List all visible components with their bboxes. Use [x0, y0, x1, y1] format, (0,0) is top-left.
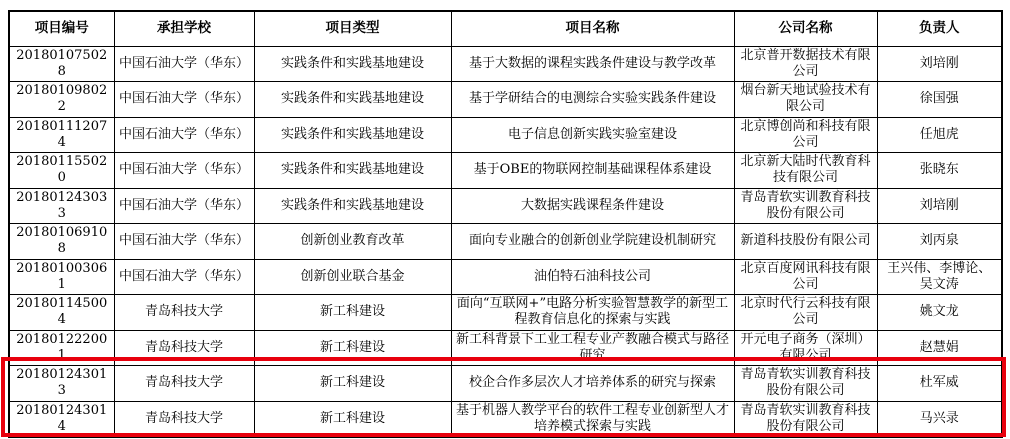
table-row: 201801155020中国石油大学（华东）实践条件和实践基地建设基于OBE的物… — [9, 153, 1002, 189]
cell-name: 基于学研结合的电测综合实验实践条件建设 — [451, 82, 734, 118]
cell-name: 新工科背景下工业工程专业产教融合模式与路径研究 — [451, 330, 734, 366]
cell-id: 201801243014 — [9, 401, 114, 437]
cell-id: 201801243033 — [9, 188, 114, 224]
cell-name: 油伯特石油科技公司 — [451, 259, 734, 295]
header-project-name: 项目名称 — [451, 11, 734, 46]
table-row: 201801243014青岛科技大学新工科建设基于机器人教学平台的软件工程专业创… — [9, 401, 1002, 437]
cell-leader: 刘丙泉 — [877, 224, 1002, 260]
cell-type: 新工科建设 — [254, 401, 451, 437]
table-row: 201801112074中国石油大学（华东）实践条件和实践基地建设电子信息创新实… — [9, 117, 1002, 153]
header-leader: 负责人 — [877, 11, 1002, 46]
cell-name: 大数据实践课程条件建设 — [451, 188, 734, 224]
cell-leader: 徐国强 — [877, 82, 1002, 118]
cell-leader: 姚文龙 — [877, 295, 1002, 331]
cell-company: 青岛青软实训教育科技股份有限公司 — [734, 188, 877, 224]
cell-leader: 杜军威 — [877, 366, 1002, 402]
cell-id: 201801243013 — [9, 366, 114, 402]
cell-id: 201801222001 — [9, 330, 114, 366]
cell-type: 创新创业联合基金 — [254, 259, 451, 295]
table-row: 201801145004青岛科技大学新工科建设面向“互联网+”电路分析实验智慧教… — [9, 295, 1002, 331]
table-body: 201801075028中国石油大学（华东）实践条件和实践基地建设基于大数据的课… — [9, 46, 1002, 437]
cell-company: 开元电子商务（深圳）有限公司 — [734, 330, 877, 366]
cell-school: 中国石油大学（华东） — [114, 153, 254, 189]
cell-id: 201801155020 — [9, 153, 114, 189]
cell-company: 北京普开数据技术有限公司 — [734, 46, 877, 82]
header-project-type: 项目类型 — [254, 11, 451, 46]
cell-school: 青岛科技大学 — [114, 401, 254, 437]
cell-id: 201801098022 — [9, 82, 114, 118]
cell-leader: 张晓东 — [877, 153, 1002, 189]
table-header: 项目编号 承担学校 项目类型 项目名称 公司名称 负责人 — [9, 11, 1002, 46]
header-project-id: 项目编号 — [9, 11, 114, 46]
cell-school: 中国石油大学（华东） — [114, 259, 254, 295]
cell-company: 北京新大陆时代教育科技有限公司 — [734, 153, 877, 189]
cell-id: 201801112074 — [9, 117, 114, 153]
cell-type: 新工科建设 — [254, 366, 451, 402]
cell-school: 中国石油大学（华东） — [114, 117, 254, 153]
cell-name: 基于OBE的物联网控制基础课程体系建设 — [451, 153, 734, 189]
cell-type: 新工科建设 — [254, 330, 451, 366]
table-row: 201801243013青岛科技大学新工科建设校企合作多层次人才培养体系的研究与… — [9, 366, 1002, 402]
cell-id: 201801069108 — [9, 224, 114, 260]
cell-school: 中国石油大学（华东） — [114, 46, 254, 82]
cell-leader: 刘培刚 — [877, 46, 1002, 82]
table-row: 201801003061中国石油大学（华东）创新创业联合基金油伯特石油科技公司北… — [9, 259, 1002, 295]
cell-type: 实践条件和实践基地建设 — [254, 46, 451, 82]
table-row: 201801222001青岛科技大学新工科建设新工科背景下工业工程专业产教融合模… — [9, 330, 1002, 366]
header-row: 项目编号 承担学校 项目类型 项目名称 公司名称 负责人 — [9, 11, 1002, 46]
cell-leader: 任旭虎 — [877, 117, 1002, 153]
cell-type: 实践条件和实践基地建设 — [254, 153, 451, 189]
header-school: 承担学校 — [114, 11, 254, 46]
table-row: 201801243033中国石油大学（华东）实践条件和实践基地建设大数据实践课程… — [9, 188, 1002, 224]
cell-school: 青岛科技大学 — [114, 295, 254, 331]
cell-name: 电子信息创新实践实验室建设 — [451, 117, 734, 153]
cell-name: 基于机器人教学平台的软件工程专业创新型人才培养模式探索与实践 — [451, 401, 734, 437]
cell-type: 实践条件和实践基地建设 — [254, 188, 451, 224]
cell-school: 中国石油大学（华东） — [114, 188, 254, 224]
cell-school: 青岛科技大学 — [114, 366, 254, 402]
cell-type: 实践条件和实践基地建设 — [254, 117, 451, 153]
table-row: 201801098022中国石油大学（华东）实践条件和实践基地建设基于学研结合的… — [9, 82, 1002, 118]
cell-company: 烟台新天地试验技术有限公司 — [734, 82, 877, 118]
cell-id: 201801003061 — [9, 259, 114, 295]
cell-name: 基于大数据的课程实践条件建设与教学改革 — [451, 46, 734, 82]
table-row: 201801069108中国石油大学（华东）创新创业教育改革面向专业融合的创新创… — [9, 224, 1002, 260]
cell-company: 新道科技股份有限公司 — [734, 224, 877, 260]
cell-school: 中国石油大学（华东） — [114, 224, 254, 260]
cell-school: 中国石油大学（华东） — [114, 82, 254, 118]
cell-company: 北京博创尚和科技有限公司 — [734, 117, 877, 153]
cell-company: 北京百度网讯科技有限公司 — [734, 259, 877, 295]
cell-company: 青岛青软实训教育科技股份有限公司 — [734, 401, 877, 437]
cell-name: 校企合作多层次人才培养体系的研究与探索 — [451, 366, 734, 402]
cell-company: 青岛青软实训教育科技股份有限公司 — [734, 366, 877, 402]
cell-leader: 王兴伟、李博论、吴文涛 — [877, 259, 1002, 295]
cell-name: 面向“互联网+”电路分析实验智慧教学的新型工程教育信息化的探索与实践 — [451, 295, 734, 331]
cell-type: 创新创业教育改革 — [254, 224, 451, 260]
cell-school: 青岛科技大学 — [114, 330, 254, 366]
table-row: 201801075028中国石油大学（华东）实践条件和实践基地建设基于大数据的课… — [9, 46, 1002, 82]
cell-company: 北京时代行云科技有限公司 — [734, 295, 877, 331]
cell-name: 面向专业融合的创新创业学院建设机制研究 — [451, 224, 734, 260]
cell-leader: 赵慧娟 — [877, 330, 1002, 366]
cell-id: 201801145004 — [9, 295, 114, 331]
cell-id: 201801075028 — [9, 46, 114, 82]
cell-leader: 马兴录 — [877, 401, 1002, 437]
projects-table: 项目编号 承担学校 项目类型 项目名称 公司名称 负责人 20180107502… — [8, 10, 1003, 438]
header-company: 公司名称 — [734, 11, 877, 46]
cell-leader: 刘培刚 — [877, 188, 1002, 224]
cell-type: 新工科建设 — [254, 295, 451, 331]
cell-type: 实践条件和实践基地建设 — [254, 82, 451, 118]
